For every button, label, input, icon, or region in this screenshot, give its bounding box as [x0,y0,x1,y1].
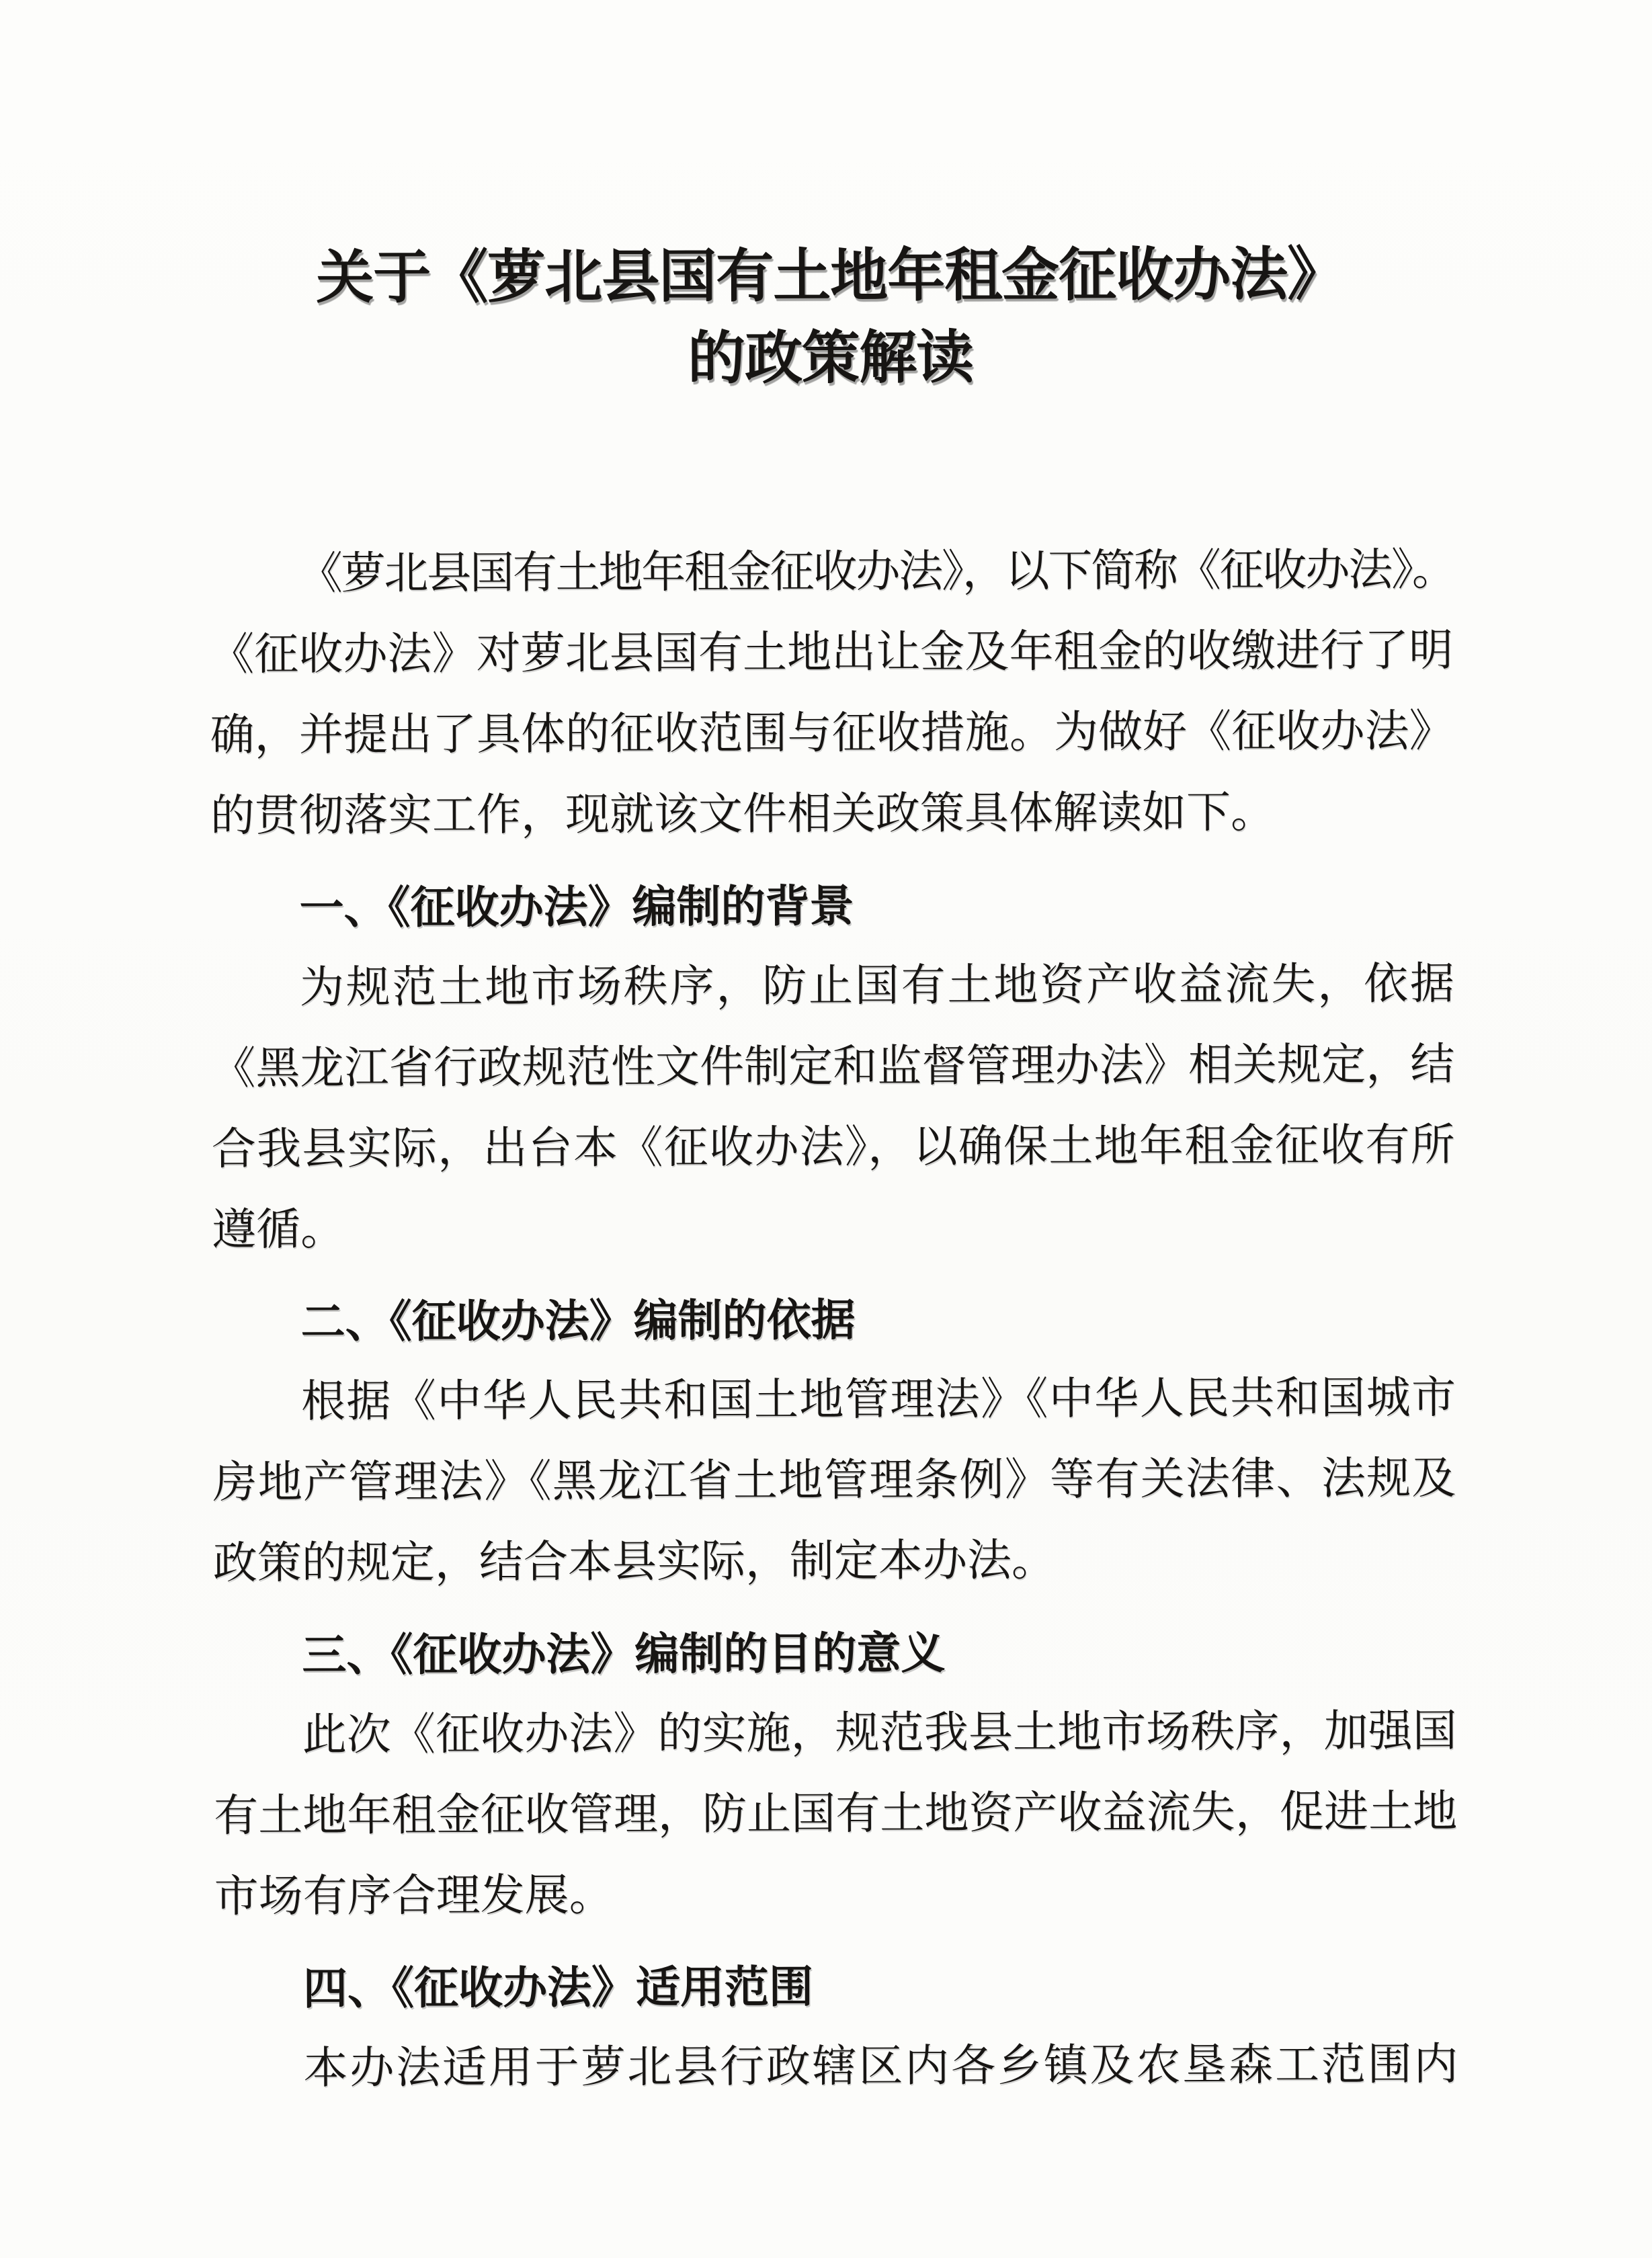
text-line: 《萝北县国有土地年租金征收办法》，以下简称《征收办法》。 [210,530,1453,615]
text-line: 此次《征收办法》的实施，规范我县土地市场秩序，加强国 [214,1691,1457,1776]
paragraph: 本办法适用于萝北县行政辖区内各乡镇及农垦森工范围内 [214,2025,1458,2109]
section-heading: 二、《征收办法》编制的依据 [212,1278,1455,1362]
text-line: 房地产管理法》《黑龙江省土地管理条例》等有关法律、法规及 [212,1439,1456,1523]
document-body: 《萝北县国有土地年租金征收办法》，以下简称《征收办法》。《征收办法》对萝北县国有… [210,530,1458,2109]
text-line: 市场有序合理发展。 [214,1853,1457,1937]
document-page: 关于《萝北县国有土地年租金征收办法》 的政策解读 《萝北县国有土地年租金征收办法… [0,0,1652,2258]
text-line: 政策的规定，结合本县实际，制定本办法。 [213,1519,1456,1604]
section-heading: 三、《征收办法》编制的目的意义 [213,1611,1456,1696]
section-heading: 一、《征收办法》编制的背景 [210,864,1454,948]
text-line: 合我县实际，出台本《征收办法》，以确保土地年租金征收有所 [212,1105,1455,1190]
text-line: 《黑龙江省行政规范性文件制定和监督管理办法》相关规定，结 [211,1025,1454,1110]
page-title: 关于《萝北县国有土地年租金征收办法》 的政策解读 [208,233,1452,401]
text-line: 确，并提出了具体的征收范围与征收措施。为做好《征收办法》 [210,692,1453,776]
page-title-line-2: 的政策解读 [208,315,1452,401]
section-heading: 四、《征收办法》适用范围 [214,1944,1458,2029]
text-line: 《征收办法》对萝北县国有土地出让金及年租金的收缴进行了明 [210,611,1453,696]
text-line: 遵循。 [212,1186,1455,1271]
paragraph: 《萝北县国有土地年租金征收办法》，以下简称《征收办法》。《征收办法》对萝北县国有… [210,530,1454,857]
paragraph: 为规范土地市场秩序，防止国有土地资产收益流失，依据《黑龙江省行政规范性文件制定和… [211,944,1456,1271]
text-line: 的贯彻落实工作，现就该文件相关政策具体解读如下。 [210,772,1454,857]
text-line: 为规范土地市场秩序，防止国有土地资产收益流失，依据 [211,944,1454,1029]
paragraph: 此次《征收办法》的实施，规范我县土地市场秩序，加强国有土地年租金征收管理，防止国… [214,1691,1458,1937]
text-line: 本办法适用于萝北县行政辖区内各乡镇及农垦森工范围内 [214,2025,1458,2109]
text-line: 有土地年租金征收管理，防止国有土地资产收益流失，促进土地 [214,1772,1457,1857]
document-content: 关于《萝北县国有土地年租金征收办法》 的政策解读 《萝北县国有土地年租金征收办法… [208,233,1458,2109]
text-line: 根据《中华人民共和国土地管理法》《中华人民共和国城市 [212,1358,1456,1443]
page-title-line-1: 关于《萝北县国有土地年租金征收办法》 [208,233,1452,319]
paragraph: 根据《中华人民共和国土地管理法》《中华人民共和国城市房地产管理法》《黑龙江省土地… [212,1358,1456,1604]
